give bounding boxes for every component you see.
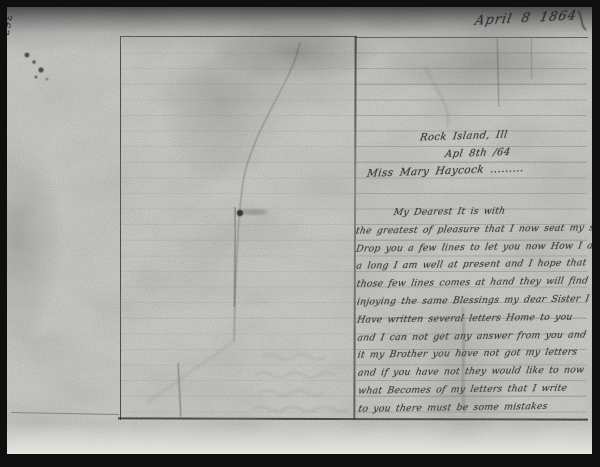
page-bottom-edge-left xyxy=(11,412,119,415)
letter-body-line: to you there must be some mistakes xyxy=(357,397,592,418)
archive-date-annotation: April 8 1864 xyxy=(474,8,579,29)
letter-body: My Dearest It is withthe greatest of ple… xyxy=(356,201,591,418)
letter-place-line: Rock Island, Ill xyxy=(419,129,508,143)
letter-addressee-line: Miss Mary Haycock ......... xyxy=(366,162,525,180)
corner-number-mark: 363 xyxy=(7,13,13,37)
letter-date-line: Apl 8th /64 xyxy=(444,147,511,160)
corner-number-mark-bottom: 4 xyxy=(7,409,9,419)
blank-left-page-outline xyxy=(120,36,357,420)
right-page-top-edge xyxy=(355,37,588,38)
pen-slash-mark xyxy=(578,11,586,30)
scanned-photograph: April 8 1864 363 4 Rock Island, Ill Apl … xyxy=(0,0,600,467)
photocopy-page: April 8 1864 363 4 Rock Island, Ill Apl … xyxy=(7,7,592,454)
page-bottom-edge xyxy=(118,417,588,420)
